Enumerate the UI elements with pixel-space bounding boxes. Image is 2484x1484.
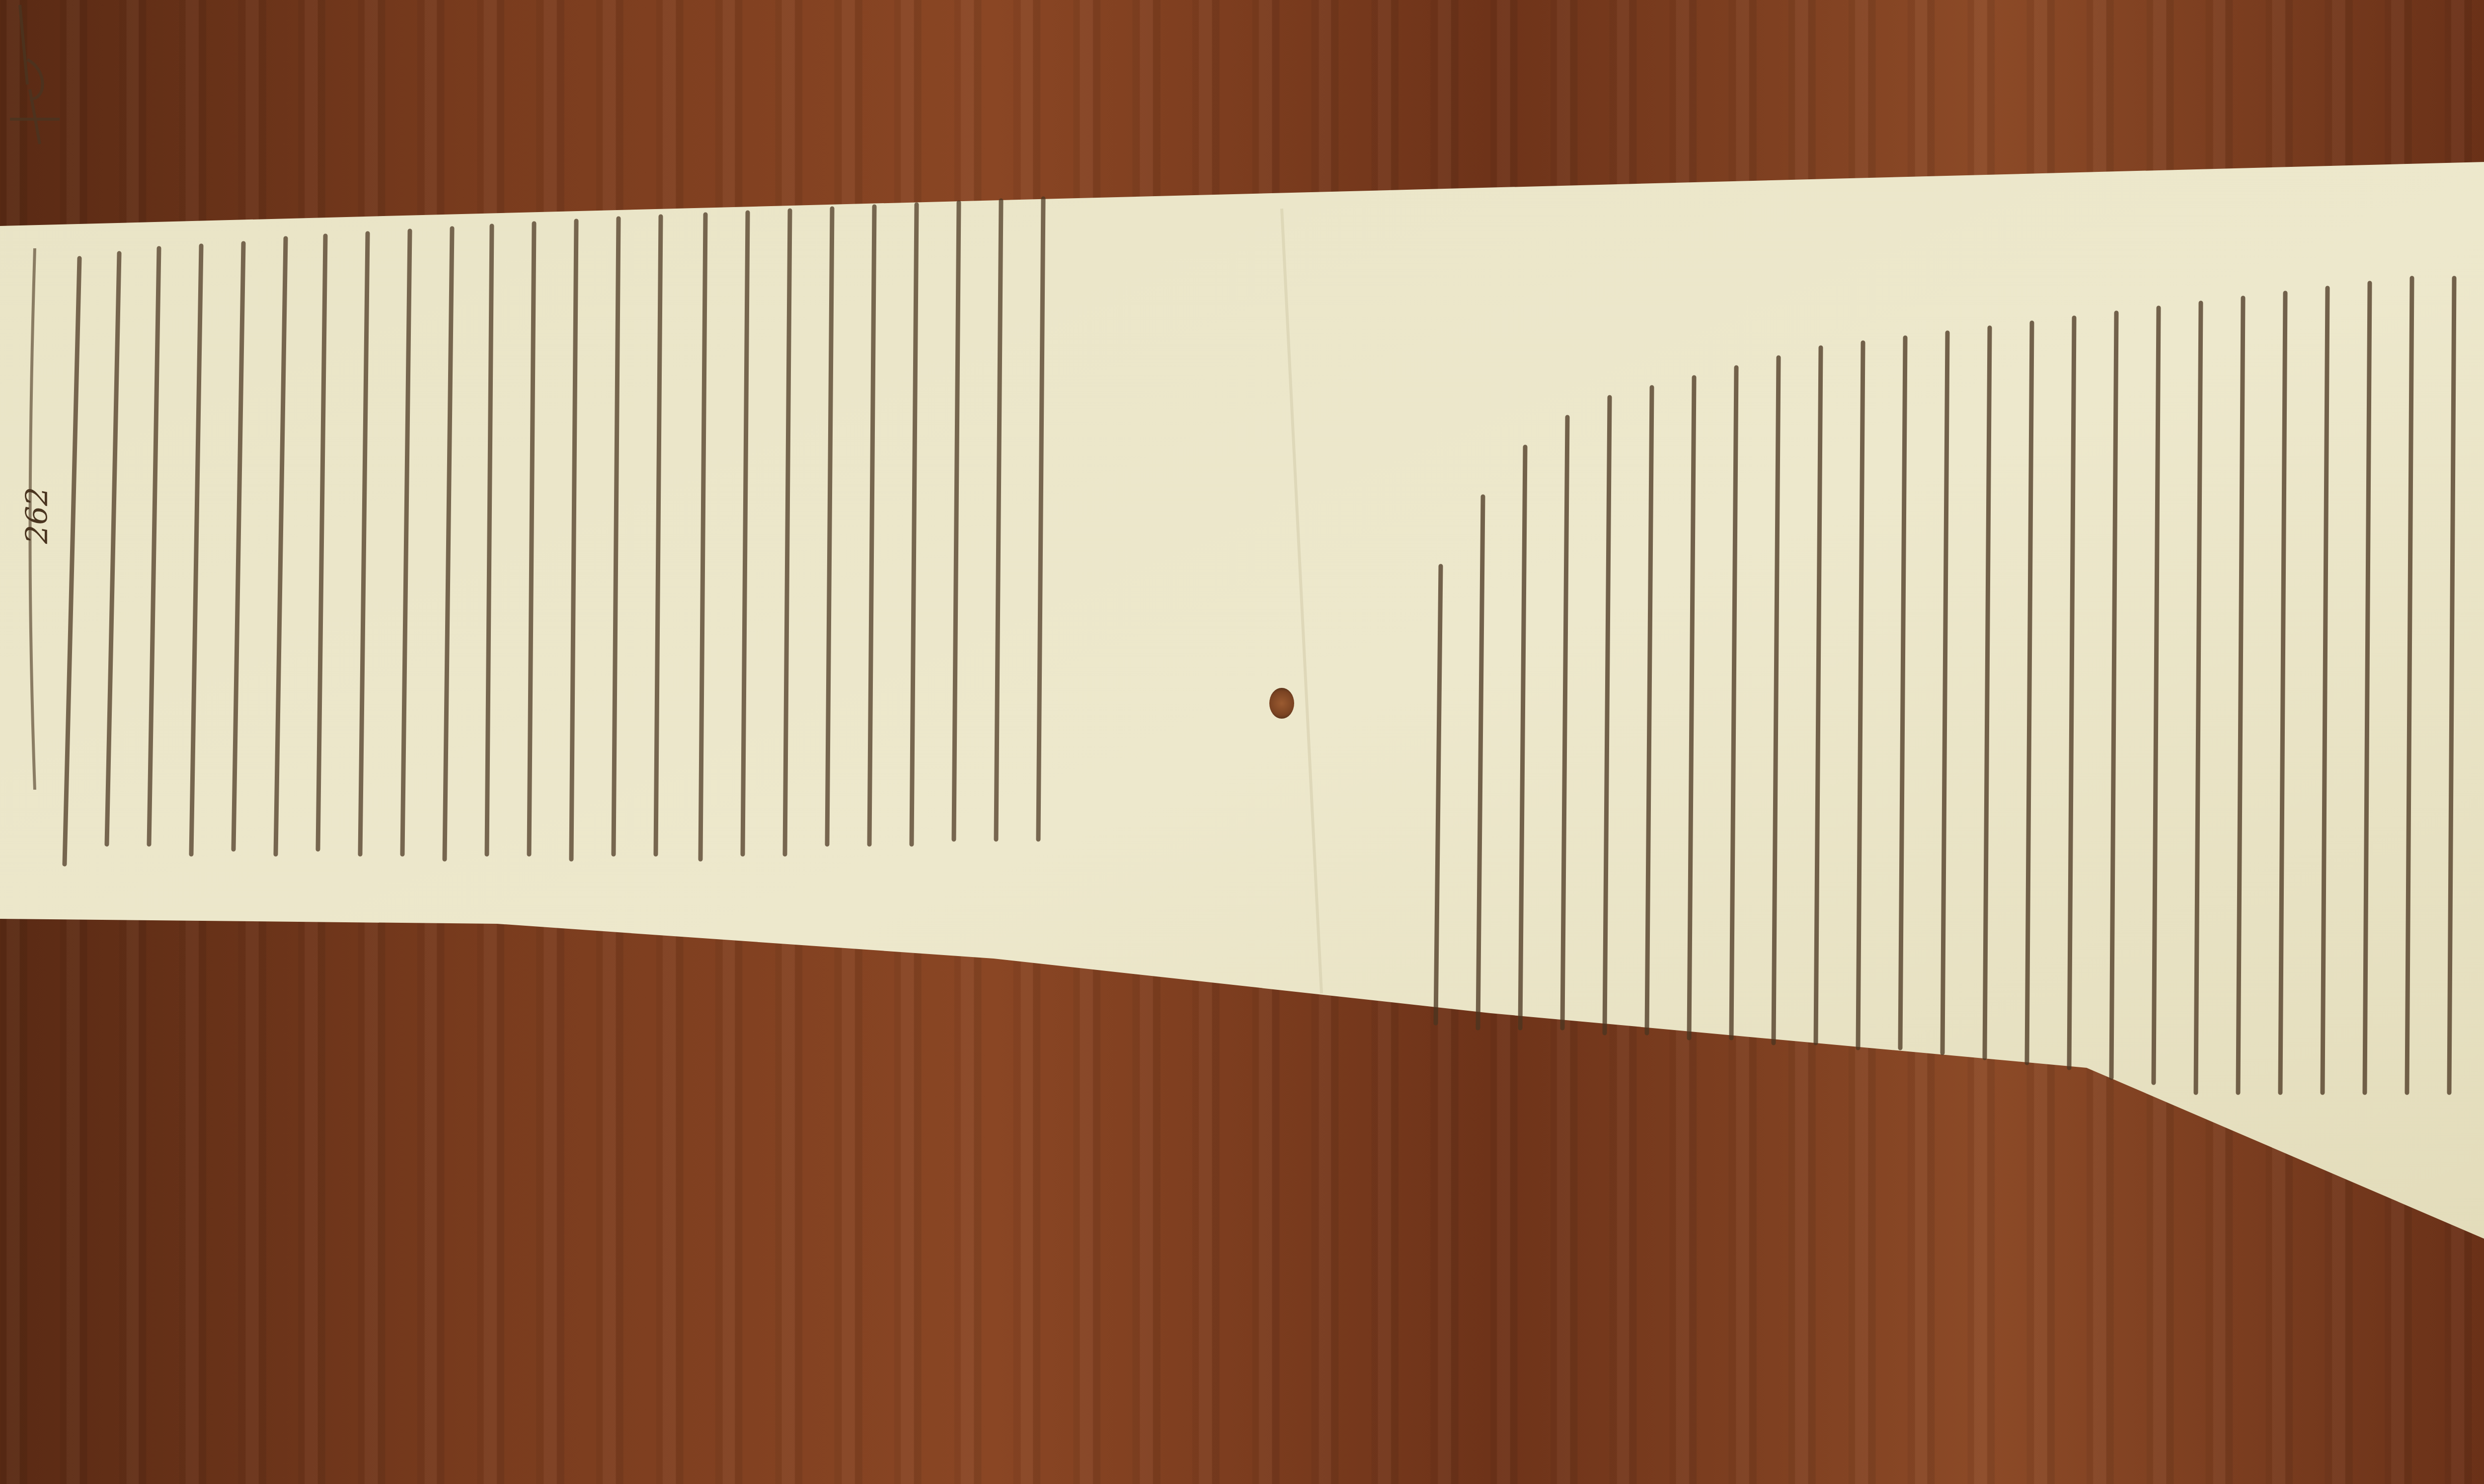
binding-hole bbox=[1269, 688, 1294, 719]
paper-shape bbox=[0, 0, 2484, 1484]
signature-flourish-icon bbox=[0, 0, 70, 149]
manuscript-sheet: 262 bbox=[0, 0, 2484, 1484]
folio-number: 262 bbox=[20, 487, 55, 544]
